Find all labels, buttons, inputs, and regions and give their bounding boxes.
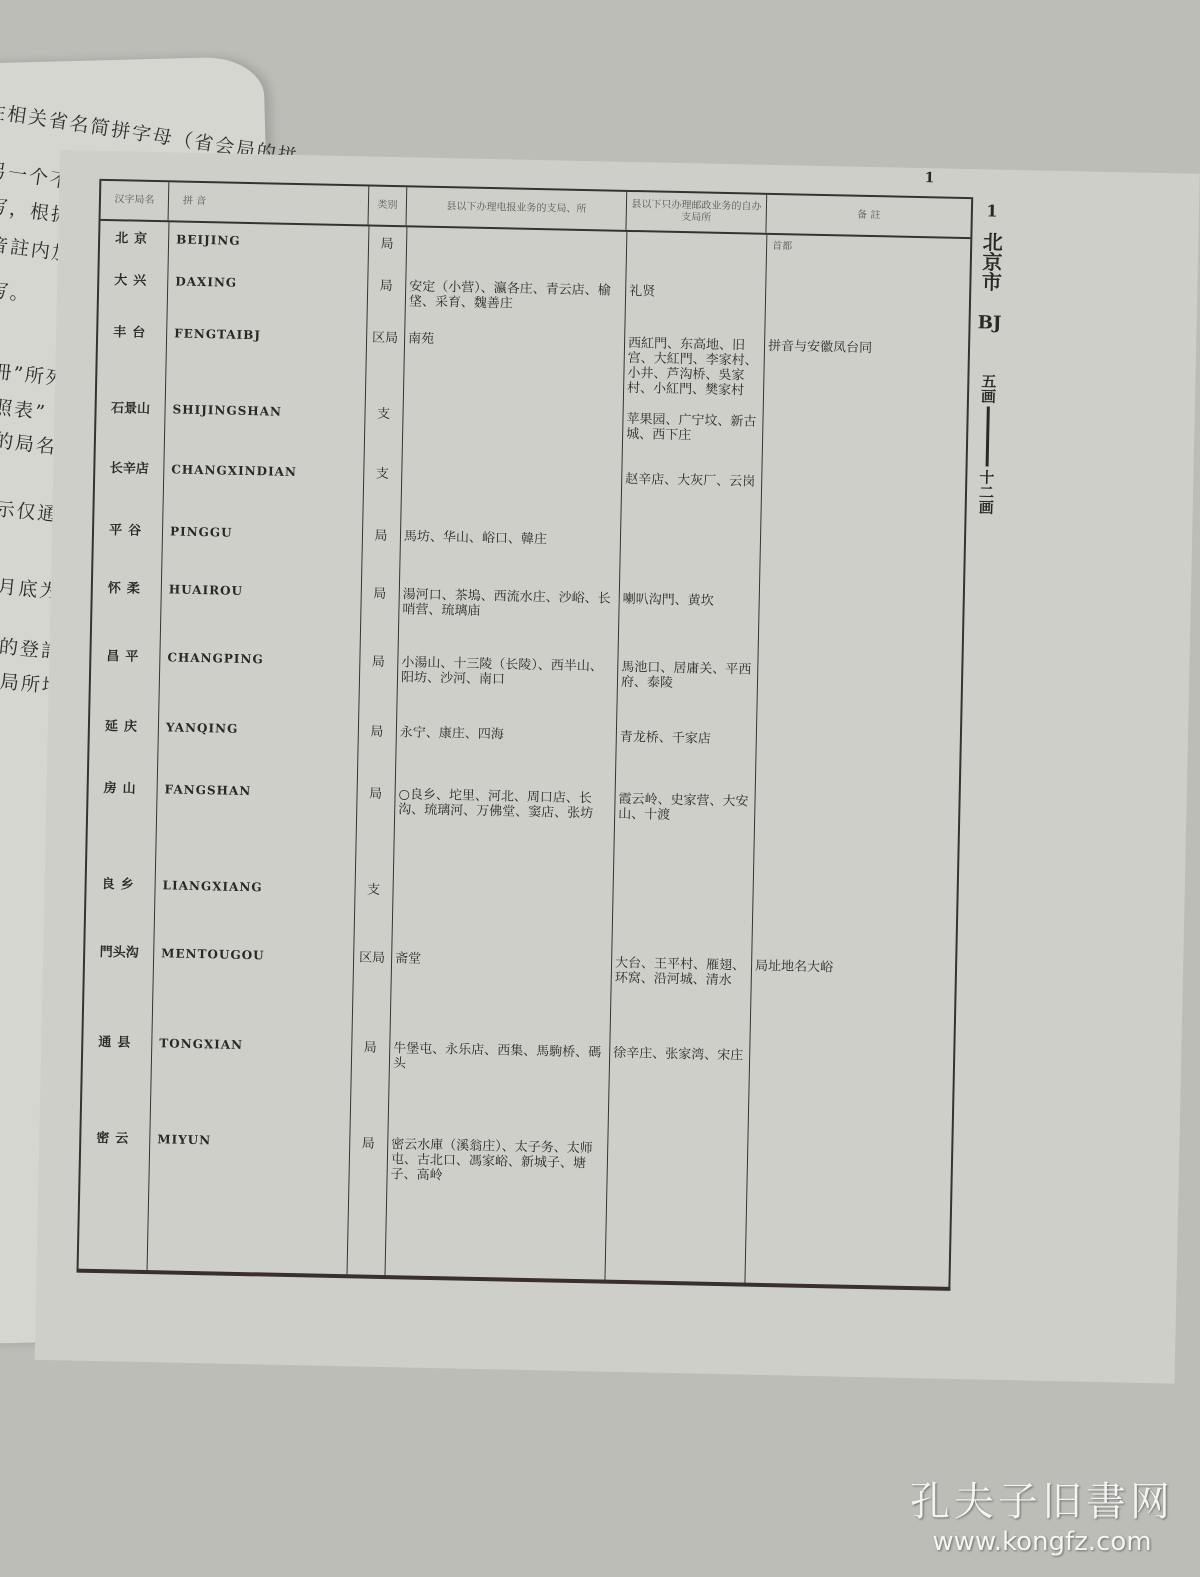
post-office-table: 汉字局名 拼 音 类别 县以下办理电报业务的支局、所 县以下只办理邮政业务的自办… [76, 179, 973, 1291]
cell-remark [752, 891, 956, 910]
watermark: 孔夫子旧書网 www.kongfz.com [910, 1470, 1174, 1557]
cell-pinyin: HUAIROU [160, 582, 361, 616]
watermark-name: 孔夫子旧書网 [910, 1470, 1174, 1527]
cell-remark [761, 475, 965, 494]
cell-name: 怀柔 [92, 581, 161, 612]
cell-postal: 霞云岭、史家营、大安山、十渡 [614, 792, 755, 825]
cell-name: 平谷 [94, 523, 162, 539]
cell-telegraph: ○良乡、坨里、河北、周口店、长沟、琉璃河、万佛堂、窦店、张坊 [394, 787, 615, 822]
cell-postal: 西紅門、东高地、旧宫、大紅門、李家村、小井、芦沟桥、吳家村、小紅門、樊家村 [623, 336, 764, 399]
range-dash [985, 406, 989, 466]
table-row: 良乡 LIANGXIANG 支 [86, 877, 956, 910]
cell-telegraph: 安定（小营）、瀛各庄、青云店、榆垡、采育、魏善庄 [405, 279, 626, 314]
page-number: 1 [924, 170, 934, 186]
cell-type: 局 [362, 528, 400, 544]
cell-remark [749, 1049, 954, 1083]
cell-pinyin: FENGTAIBJ [165, 326, 366, 390]
table-body: 首都 北京 BEIJING 局 大兴 DAXING 局 安定（小营）、瀛各庄、青… [79, 221, 971, 1289]
cell-pinyin: CHANGXINDIAN [163, 462, 363, 481]
table-row: 門头沟 MENTOUGOU 区局 斋堂 大台、王平村、雁翅、环窝、沿河城、清水 … [85, 945, 955, 993]
cell-name: 石景山 [96, 401, 165, 432]
cell-type: 局 [356, 786, 395, 817]
header-telegraph: 县以下办理电报业务的支局、所 [406, 187, 627, 230]
cell-pinyin: DAXING [167, 274, 368, 308]
table-row: 石景山 SHIJINGSHAN 支 苹果园、广宁坟、新古城、西下庄 [96, 401, 966, 449]
cell-name: 昌平 [91, 649, 160, 680]
cell-remark [760, 537, 964, 556]
cell-name: 房山 [88, 781, 157, 812]
cell-type: 支 [364, 406, 403, 437]
cell-postal [606, 1142, 747, 1190]
cell-type: 支 [363, 466, 401, 482]
watermark-url: www.kongfz.com [910, 1527, 1174, 1557]
cell-postal: 青龙桥、千家店 [616, 730, 756, 748]
cell-pinyin: MENTOUGOU [153, 946, 354, 980]
cell-remark: 局址地名大峪 [751, 959, 956, 993]
cell-postal: 徐辛庄、张家湾、宋庄 [609, 1046, 750, 1079]
cell-postal: 礼贤 [625, 284, 766, 317]
cell-pinyin: FANGSHAN [156, 782, 357, 816]
cell-postal [620, 534, 760, 552]
table-row: 平谷 PINGGU 局 馬坊、华山、峪口、韓庄 [94, 523, 964, 556]
cell-remark [758, 595, 963, 629]
cell-pinyin: BEIJING [168, 232, 368, 251]
cell-type: 局 [348, 1136, 387, 1182]
cell-postal: 苹果园、广宁坟、新古城、西下庄 [622, 412, 763, 445]
cell-name: 丰台 [97, 325, 166, 386]
cell-remark [754, 795, 959, 829]
section-number: 1 [977, 199, 1007, 224]
cell-pinyin: YANQING [158, 720, 358, 739]
province-title: 北京市 [978, 231, 1003, 291]
table-row: 长辛店 CHANGXINDIAN 支 赵辛店、大灰厂、云岗 [95, 461, 965, 494]
table-row: 通县 TONGXIAN 局 牛堡屯、永乐店、西集、馬駒桥、碼头 徐辛庄、张家湾、… [83, 1035, 953, 1083]
cell-postal [612, 888, 752, 906]
cell-name: 良乡 [86, 877, 154, 893]
cell-postal: 喇叭沟門、黄坎 [618, 592, 759, 625]
cell-pinyin: MIYUN [149, 1132, 350, 1181]
cell-telegraph [392, 883, 612, 903]
cell-remark: 拼音与安徽凤台同 [763, 339, 968, 403]
cell-telegraph: 牛堡屯、永乐店、西集、馬駒桥、碼头 [389, 1041, 610, 1076]
province-abbr: BJ [974, 311, 1004, 336]
cell-remark [762, 415, 967, 449]
cell-postal: 大台、王平村、雁翅、环窝、沿河城、清水 [611, 956, 752, 989]
cell-telegraph [401, 467, 621, 487]
header-postal: 县以下只办理邮政业务的自办支局所 [626, 192, 767, 233]
cell-telegraph: 南苑 [403, 331, 624, 396]
cell-telegraph: 馬坊、华山、峪口、韓庄 [400, 529, 620, 549]
cell-telegraph: 斋堂 [391, 951, 612, 986]
table-row: 延庆 YANQING 局 永宁、康庄、四海 青龙桥、千家店 [90, 719, 960, 752]
cell-postal: 馬池口、居庸关、平西府、泰陵 [617, 660, 758, 693]
table-row: 丰台 FENGTAIBJ 区局 南苑 西紅門、东高地、旧宫、大紅門、李家村、小井… [97, 325, 968, 403]
cell-telegraph: 小湯山、十三陵（长陵）、西半山、阳坊、沙河、南口 [397, 655, 618, 690]
stroke-to: 十二画 [977, 469, 996, 514]
cell-telegraph: 密云水庫（溪翁庄）、太子务、太师屯、古北口、馮家峪、新城子、塘子、高岭 [386, 1137, 607, 1187]
cell-name: 通县 [83, 1035, 152, 1066]
side-header: 1 北京市 BJ 五画 十二画 [971, 199, 1008, 515]
cell-type: 局 [360, 586, 399, 617]
cell-pinyin: TONGXIAN [151, 1036, 352, 1070]
cell-telegraph: 湯河口、茶塢、西流水庄、沙峪、长哨营、琉璃庙 [398, 587, 619, 622]
table-row: 房山 FANGSHAN 局 ○良乡、坨里、河北、周口店、长沟、琉璃河、万佛堂、窦… [88, 781, 958, 829]
table-row: 昌平 CHANGPING 局 小湯山、十三陵（长陵）、西半山、阳坊、沙河、南口 … [91, 649, 961, 697]
cell-remark [766, 245, 970, 264]
cell-telegraph [402, 407, 623, 442]
cell-type: 局 [368, 236, 406, 252]
right-page: 1 1 北京市 BJ 五画 十二画 汉字局名 拼 音 类别 县以下办理电报业务的… [35, 150, 1200, 1384]
cell-pinyin: CHANGPING [159, 650, 360, 684]
cell-name: 門头沟 [85, 945, 154, 976]
cell-pinyin: PINGGU [162, 524, 362, 543]
cell-type: 局 [351, 1040, 390, 1071]
cell-type: 区局 [353, 950, 392, 981]
cell-type: 区局 [365, 330, 404, 391]
cell-postal [626, 242, 766, 260]
table-row: 大兴 DAXING 局 安定（小营）、瀛各庄、青云店、榆垡、采育、魏善庄 礼贤 [99, 273, 969, 321]
cell-type: 局 [358, 724, 396, 740]
stroke-from: 五画 [979, 373, 998, 403]
cell-name: 北京 [100, 231, 168, 247]
cell-remark [765, 287, 970, 321]
cell-type: 局 [367, 278, 406, 309]
cell-postal: 赵辛店、大灰厂、云岗 [621, 472, 761, 490]
cell-type: 局 [359, 654, 398, 685]
cell-remark [746, 1145, 951, 1194]
cell-remark [757, 663, 962, 697]
header-name: 汉字局名 [101, 181, 170, 220]
cell-name: 密云 [81, 1131, 150, 1177]
table-row: 北京 BEIJING 局 [100, 231, 970, 264]
cell-telegraph: 永宁、康庄、四海 [396, 725, 616, 745]
table-row: 密云 MIYUN 局 密云水庫（溪翁庄）、太子务、太师屯、古北口、馮家峪、新城子… [81, 1131, 952, 1194]
header-pinyin: 拼 音 [169, 182, 370, 224]
cell-type: 支 [354, 882, 392, 898]
header-remark: 备 註 [766, 195, 971, 237]
cell-pinyin: SHIJINGSHAN [164, 402, 365, 436]
header-type: 类别 [369, 186, 408, 225]
cell-telegraph [406, 237, 626, 257]
cell-name: 大兴 [99, 273, 168, 304]
cell-name: 长辛店 [95, 461, 163, 477]
table-row: 怀柔 HUAIROU 局 湯河口、茶塢、西流水庄、沙峪、长哨营、琉璃庙 喇叭沟門… [92, 581, 962, 629]
cell-remark [756, 733, 960, 752]
cell-name: 延庆 [90, 719, 158, 735]
left-text-line: 写。 [0, 275, 33, 307]
stroke-range: 五画 十二画 [971, 373, 1004, 515]
cell-pinyin: LIANGXIANG [154, 878, 354, 897]
